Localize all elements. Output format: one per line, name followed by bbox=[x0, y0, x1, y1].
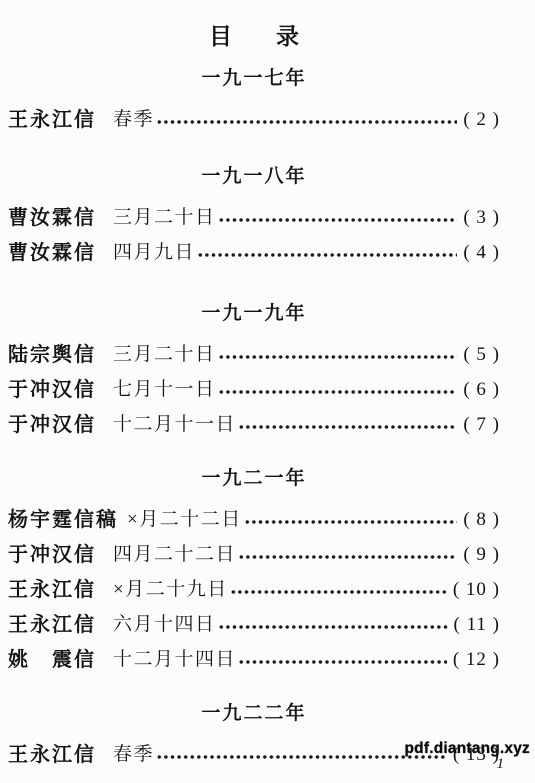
toc-entry: 于冲汉信 十二月十一日 ( 7 ) bbox=[8, 407, 500, 442]
year-heading: 一九一七年 bbox=[8, 68, 500, 90]
entry-author: 杨宇霆信稿 bbox=[8, 510, 118, 530]
dot-leader bbox=[230, 590, 447, 594]
scanned-toc-page: 目 录 一九一七年 王永江信 春季 ( 2 ) 一九一八年 曹汝霖信 三月二十日 bbox=[0, 0, 535, 783]
entry-page-number: ( 11 ) bbox=[454, 615, 500, 634]
entry-page-number: ( 12 ) bbox=[453, 650, 500, 669]
dot-leader bbox=[218, 218, 458, 222]
entry-author: 王永江信 bbox=[8, 110, 104, 130]
toc-entry: 曹汝霖信 三月二十日 ( 3 ) bbox=[8, 200, 500, 235]
entry-author: 曹汝霖信 bbox=[8, 243, 104, 263]
entry-author: 王永江信 bbox=[8, 745, 104, 765]
page-title: 目 录 bbox=[8, 0, 500, 50]
year-heading: 一九二二年 bbox=[8, 703, 500, 725]
entry-author: 于冲汉信 bbox=[8, 415, 104, 435]
entry-date: 四月二十二日 bbox=[113, 545, 236, 564]
year-heading: 一九一八年 bbox=[8, 166, 500, 188]
toc-entry: 曹汝霖信 四月九日 ( 4 ) bbox=[8, 235, 500, 270]
section-rows: 曹汝霖信 三月二十日 ( 3 ) 曹汝霖信 四月九日 ( 4 ) bbox=[8, 200, 500, 270]
entry-page-number: ( 7 ) bbox=[463, 415, 500, 434]
toc-entry: 王永江信 六月十四日 ( 11 ) bbox=[8, 607, 500, 642]
entry-page-number: ( 4 ) bbox=[463, 243, 500, 262]
entry-author: 王永江信 bbox=[8, 580, 104, 600]
dot-leader bbox=[238, 555, 457, 559]
section-rows: 陆宗舆信 三月二十日 ( 5 ) 于冲汉信 七月十一日 ( 6 ) 于冲汉信 十… bbox=[8, 337, 500, 442]
dot-leader bbox=[218, 390, 458, 394]
toc-entry: 王永江信 ×月二十九日 ( 10 ) bbox=[8, 572, 500, 607]
entry-author: 王永江信 bbox=[8, 615, 104, 635]
toc-section-1919: 一九一九年 陆宗舆信 三月二十日 ( 5 ) 于冲汉信 七月十一日 ( 6 ) … bbox=[8, 303, 500, 442]
toc-section-1921: 一九二一年 杨宇霆信稿 ×月二十二日 ( 8 ) 于冲汉信 四月二十二日 ( 9… bbox=[8, 468, 500, 677]
entry-author: 曹汝霖信 bbox=[8, 208, 104, 228]
dot-leader bbox=[244, 520, 458, 524]
toc-section-1922: 一九二二年 王永江信 春季 ( 13 ) bbox=[8, 703, 500, 772]
entry-page-number: ( 9 ) bbox=[463, 545, 500, 564]
dot-leader bbox=[238, 660, 447, 664]
entry-date: 十二月十四日 bbox=[113, 650, 236, 669]
entry-date: 四月九日 bbox=[113, 243, 195, 262]
entry-date: 六月十四日 bbox=[113, 615, 216, 634]
entry-author: 姚 震信 bbox=[8, 650, 104, 670]
entry-page-number: ( 6 ) bbox=[463, 380, 500, 399]
dot-leader bbox=[156, 755, 447, 759]
toc-entry: 于冲汉信 七月十一日 ( 6 ) bbox=[8, 372, 500, 407]
dot-leader bbox=[218, 355, 458, 359]
watermark-text: pdf.diantang.xyz bbox=[405, 740, 530, 758]
page-title-char-right: 录 bbox=[276, 24, 299, 50]
toc-entry: 姚 震信 十二月十四日 ( 12 ) bbox=[8, 642, 500, 677]
year-heading: 一九二一年 bbox=[8, 468, 500, 490]
toc-entry: 于冲汉信 四月二十二日 ( 9 ) bbox=[8, 537, 500, 572]
entry-date: 三月二十日 bbox=[113, 345, 216, 364]
entry-date: 七月十一日 bbox=[113, 380, 216, 399]
entry-page-number: ( 8 ) bbox=[463, 510, 500, 529]
dot-leader bbox=[238, 425, 457, 429]
entry-author: 于冲汉信 bbox=[8, 380, 104, 400]
toc-entry: 杨宇霆信稿 ×月二十二日 ( 8 ) bbox=[8, 502, 500, 537]
section-rows: 王永江信 春季 ( 2 ) bbox=[8, 102, 500, 137]
year-heading: 一九一九年 bbox=[8, 303, 500, 325]
entry-date: 春季 bbox=[113, 110, 154, 129]
toc-entry: 王永江信 春季 ( 2 ) bbox=[8, 102, 500, 137]
dot-leader bbox=[197, 253, 457, 257]
folio-page-number: 1 bbox=[497, 757, 505, 772]
entry-page-number: ( 10 ) bbox=[453, 580, 500, 599]
toc-section-1918: 一九一八年 曹汝霖信 三月二十日 ( 3 ) 曹汝霖信 四月九日 ( 4 ) bbox=[8, 166, 500, 270]
section-rows: 杨宇霆信稿 ×月二十二日 ( 8 ) 于冲汉信 四月二十二日 ( 9 ) 王永江… bbox=[8, 502, 500, 677]
entry-page-number: ( 2 ) bbox=[463, 110, 500, 129]
dot-leader bbox=[218, 625, 448, 629]
entry-date: ×月二十九日 bbox=[113, 580, 228, 599]
toc-content: 目 录 一九一七年 王永江信 春季 ( 2 ) 一九一八年 曹汝霖信 三月二十日 bbox=[0, 0, 535, 772]
entry-date: ×月二十二日 bbox=[127, 510, 242, 529]
entry-date: 十二月十一日 bbox=[113, 415, 236, 434]
entry-author: 陆宗舆信 bbox=[8, 345, 104, 365]
entry-author: 于冲汉信 bbox=[8, 545, 104, 565]
dot-leader bbox=[156, 120, 457, 124]
toc-section-1917: 一九一七年 王永江信 春季 ( 2 ) bbox=[8, 68, 500, 137]
entry-page-number: ( 5 ) bbox=[463, 345, 500, 364]
entry-date: 三月二十日 bbox=[113, 208, 216, 227]
page-title-char-left: 目 bbox=[209, 24, 232, 50]
entry-page-number: ( 3 ) bbox=[463, 208, 500, 227]
entry-date: 春季 bbox=[113, 745, 154, 764]
toc-entry: 陆宗舆信 三月二十日 ( 5 ) bbox=[8, 337, 500, 372]
